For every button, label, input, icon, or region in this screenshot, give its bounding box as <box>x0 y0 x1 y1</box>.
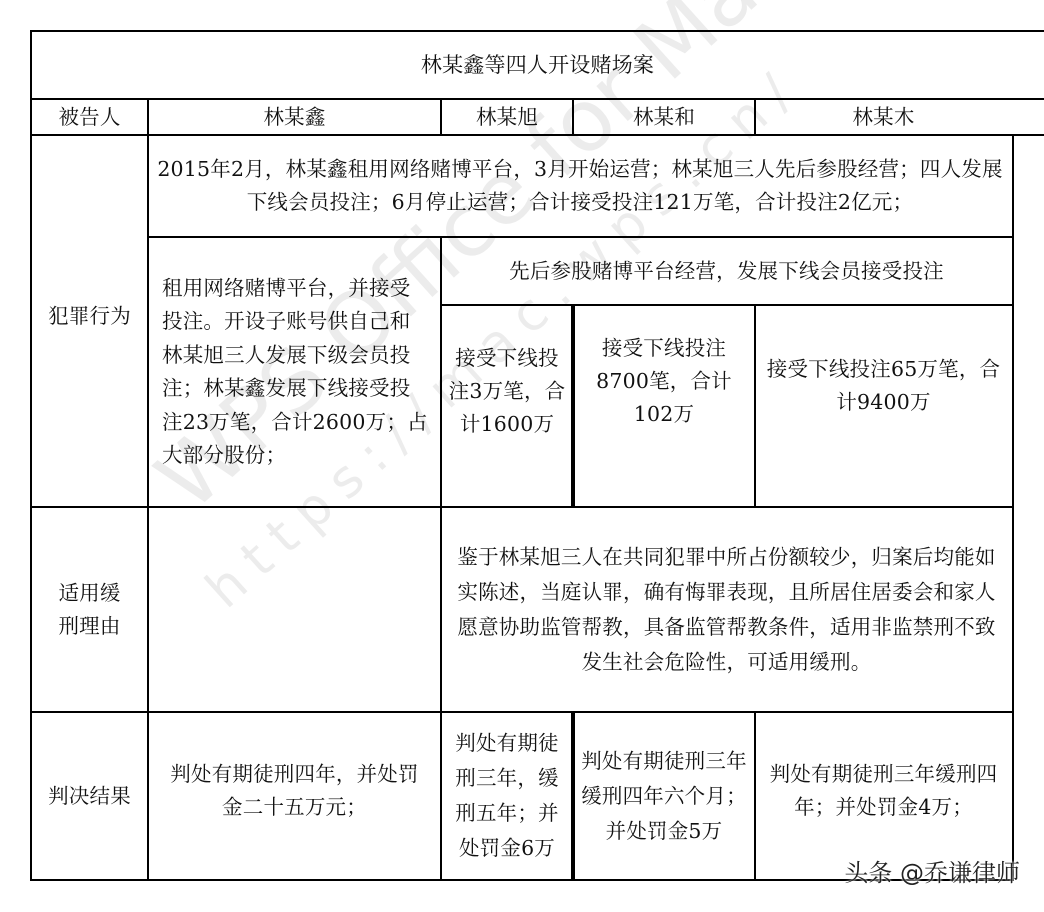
border-probation-bottom <box>31 711 1014 713</box>
table-title: 林某鑫等四人开设赌场案 <box>31 31 1044 99</box>
border-header-col-2 <box>440 98 442 136</box>
border-top <box>31 30 1044 32</box>
header-defendant-lin-xin: 林某鑫 <box>148 99 441 135</box>
probation-others: 鉴于林某旭三人在共同犯罪中所占份额较少，归案后均能如实陈述，当庭认罪，确有悔罪表… <box>441 507 1012 712</box>
border-verdict-col-4 <box>754 711 756 881</box>
crime-lin-he: 接受下线投注8700笔，合计102万 <box>573 305 755 507</box>
border-crime-col-4 <box>754 304 756 507</box>
row-label-verdict: 判决结果 <box>31 712 148 880</box>
header-defendant-lin-xu: 林某旭 <box>441 99 573 135</box>
border-header-col-3 <box>572 98 574 136</box>
verdict-lin-he: 判处有期徒刑三年缓刑四年六个月；并处罚金5万 <box>573 712 755 880</box>
border-summary-bottom <box>148 236 1014 238</box>
header-defendant-label: 被告人 <box>31 99 148 135</box>
row-label-crime: 犯罪行为 <box>31 135 148 507</box>
border-right <box>1012 134 1014 881</box>
border-crime-bottom <box>31 506 1014 508</box>
border-title-bottom <box>31 98 1044 100</box>
header-defendant-lin-mu: 林某木 <box>755 99 1012 135</box>
border-header-bottom <box>31 134 1044 136</box>
border-col-label <box>147 98 149 881</box>
border-header-col-4 <box>754 98 756 136</box>
border-others-heading-bottom <box>441 304 1014 306</box>
probation-lin-xin <box>148 507 441 712</box>
border-body-col-2 <box>440 236 442 881</box>
crime-lin-xu: 接受下线投注3万笔，合计1600万 <box>441 305 573 507</box>
crime-summary: 2015年2月，林某鑫租用网络赌博平台，3月开始运营；林某旭三人先后参股经营；四… <box>148 135 1012 237</box>
crime-lin-xin: 租用网络赌博平台，并接受投注。开设子账号供自己和林某旭三人发展下级会员投注；林某… <box>148 237 441 507</box>
verdict-lin-xu: 判处有期徒刑三年，缓刑五年；并处罚金6万 <box>441 712 573 880</box>
row-label-probation-reason: 适用缓刑理由 <box>31 507 148 712</box>
crime-lin-mu: 接受下线投注65万笔，合计9400万 <box>755 305 1012 507</box>
crime-others-heading: 先后参股赌博平台经营，发展下线会员接受投注 <box>441 237 1012 305</box>
border-verdict-col-3 <box>571 711 575 881</box>
footer-credit: 头条 @乔谦律师 <box>844 853 1020 888</box>
border-left <box>30 30 32 881</box>
verdict-lin-xin: 判处有期徒刑四年，并处罚金二十五万元； <box>148 712 441 880</box>
header-defendant-lin-he: 林某和 <box>573 99 755 135</box>
border-crime-col-3 <box>571 304 575 507</box>
